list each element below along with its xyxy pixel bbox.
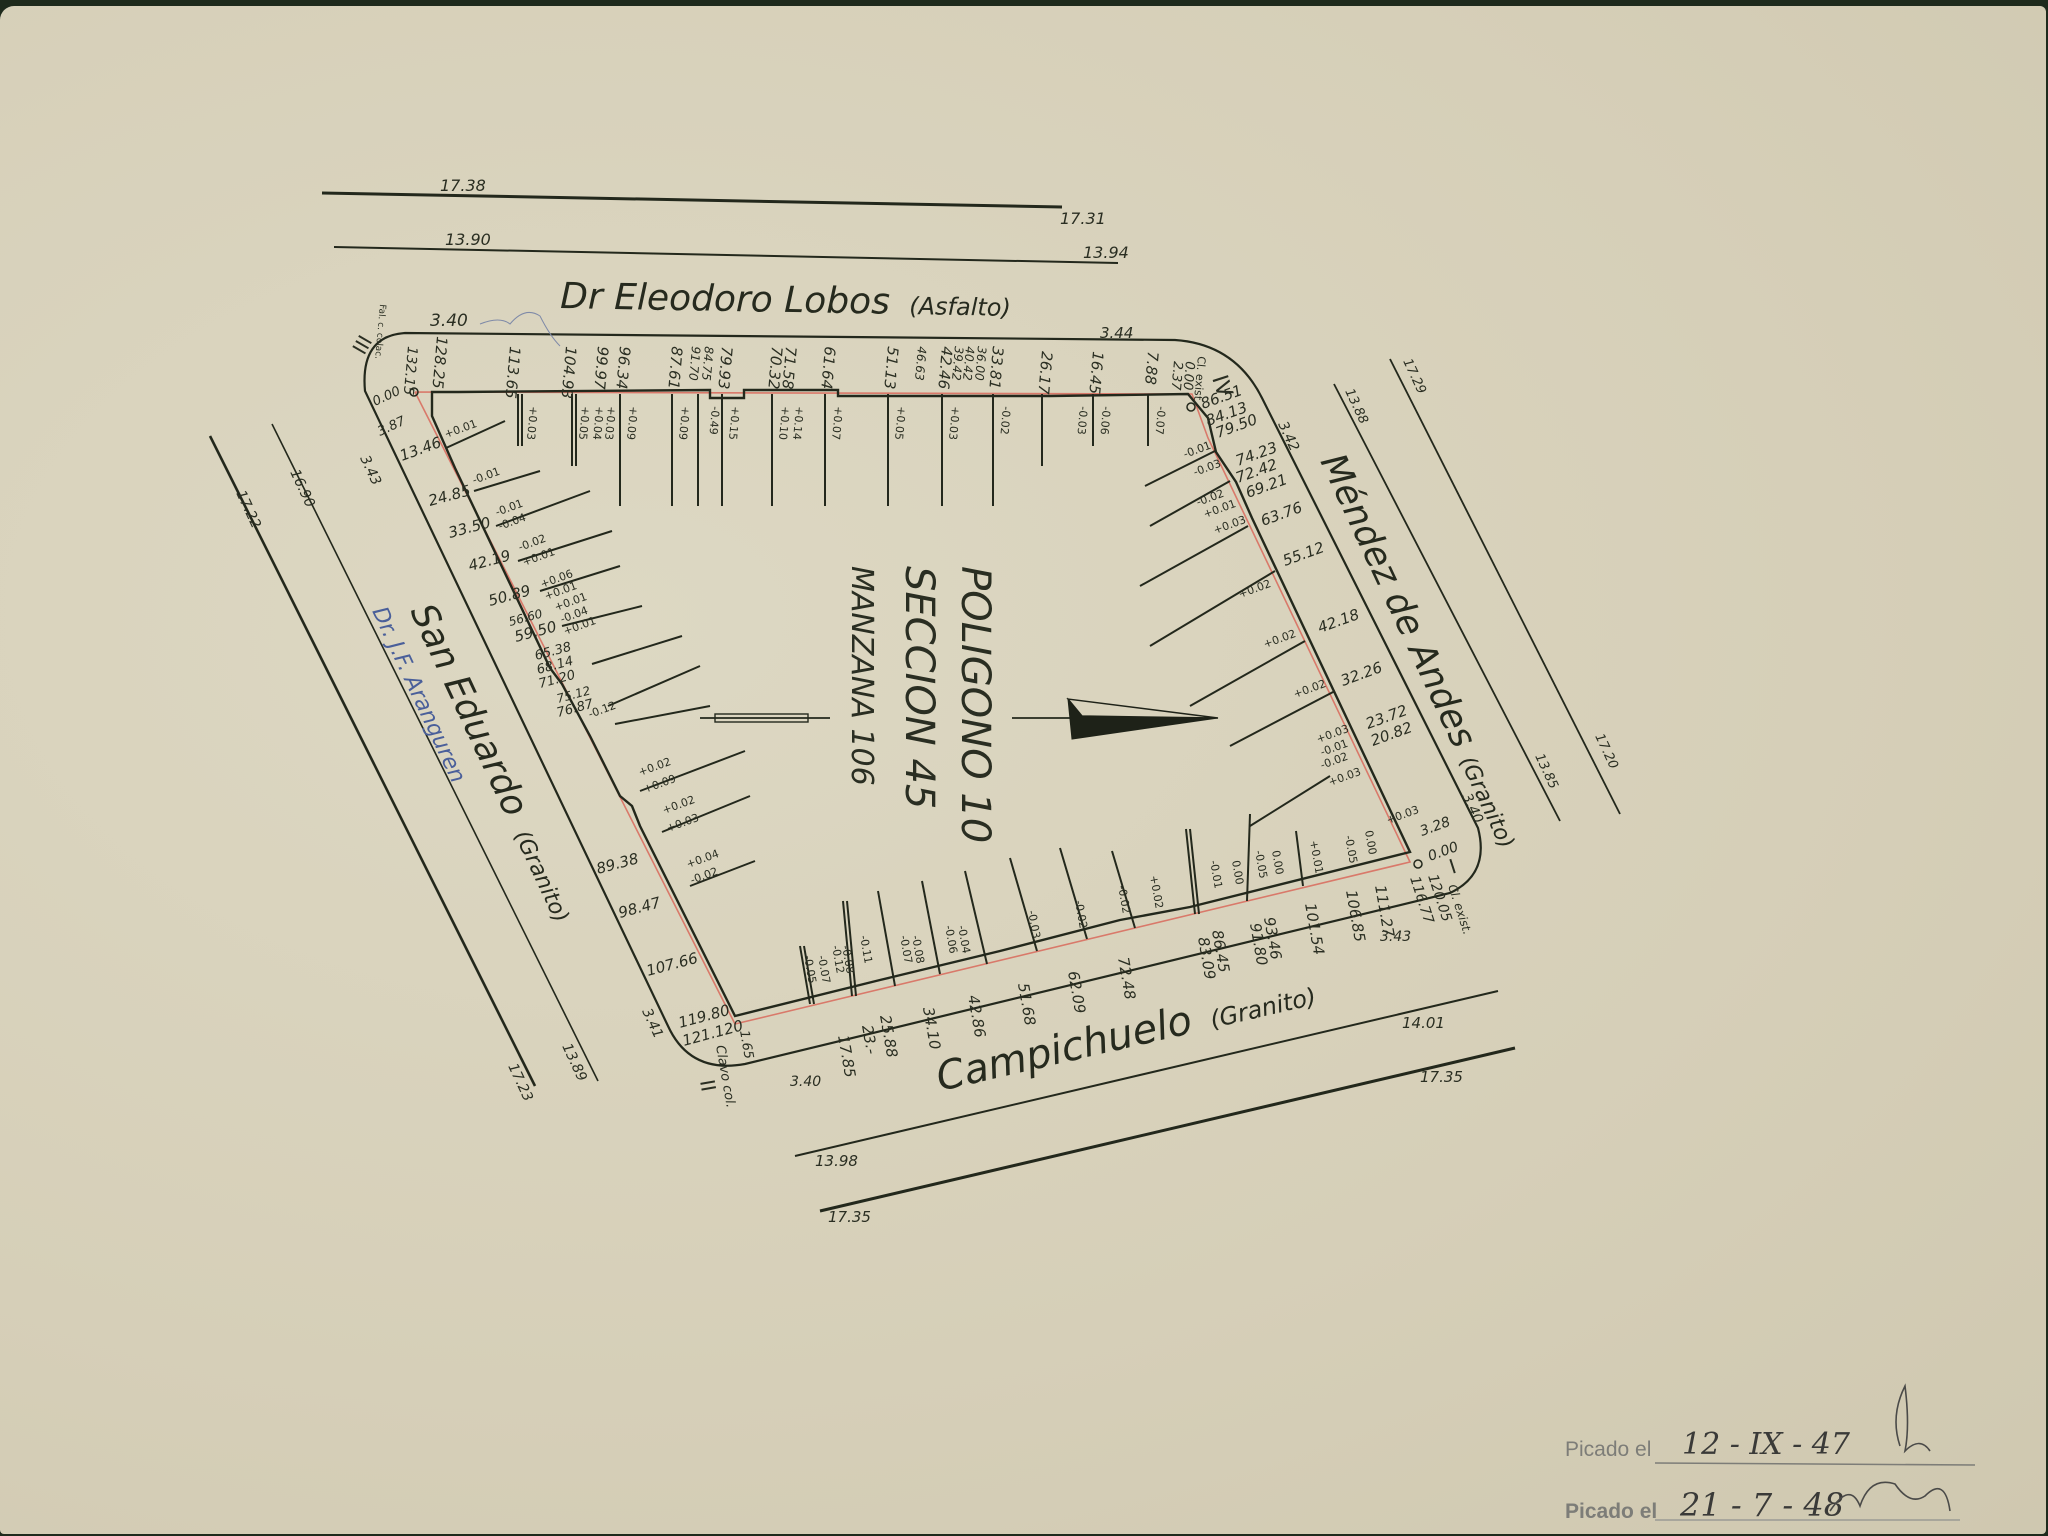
svg-text:113.65: 113.65 [501,346,524,400]
street-label-north: Dr Eleodoro Lobos (Asfalto) [560,276,1011,325]
svg-text:107.66: 107.66 [644,949,699,980]
svg-text:0.00: 0.00 [370,384,403,410]
svg-text:+0.05: +0.05 [892,406,908,441]
stamp-date-1: 12 - IX - 47 [1682,1427,1851,1462]
poligono-label: POLIGONO 10 [952,566,998,843]
svg-text:-0.02: -0.02 [1072,899,1090,929]
corner-III: III Fal. c. colac. 132.15 0.00 3.87 [348,304,420,440]
sidewalk-width: 3.44 [1100,324,1133,342]
pencil-mark [480,312,560,346]
svg-text:104.93: 104.93 [557,346,580,400]
south-side-ticks [800,814,1303,1004]
svg-text:-0.03: -0.03 [1025,909,1043,939]
map-sheet: 17.38 17.31 13.90 13.94 Dr Eleodoro Lobo… [0,6,2046,1534]
corner-II: 119.80 121.120 1.65 Clavo col. II [676,1001,755,1109]
svg-text:0.00: 0.00 [1229,859,1246,885]
svg-text:87.61: 87.61 [664,346,686,390]
west-street-lines: 17.22 17.23 16.90 13.89 [210,424,598,1104]
svg-text:16.45: 16.45 [1085,351,1107,395]
stamp-date-2: 21 - 7 - 48 [1679,1486,1844,1524]
svg-text:Dr Eleodoro Lobos (Asfal: Dr Eleodoro Lobos (Asfalto) [560,276,1011,325]
svg-text:3.87: 3.87 [375,413,408,439]
west-side-ticks [446,421,755,886]
svg-text:72.48: 72.48 [1114,956,1139,1001]
svg-text:-0.06: -0.06 [1098,406,1113,435]
svg-text:+0.01: +0.01 [443,417,479,441]
svg-text:63.76: 63.76 [1258,498,1305,530]
svg-text:34.10: 34.10 [919,1006,944,1051]
stamp-label-1: Picado el [1565,1438,1651,1461]
svg-text:0.00: 0.00 [1179,361,1196,391]
stamp-block: Picado el 12 - IX - 47 Picado el 21 - 7 … [1565,1386,1975,1524]
svg-text:-0.01: -0.01 [1207,859,1225,889]
svg-text:7.88: 7.88 [1141,351,1162,386]
svg-text:-0.49: -0.49 [707,406,722,435]
svg-text:14.01: 14.01 [1402,1014,1445,1032]
svg-text:33.50: 33.50 [446,513,492,542]
svg-text:-0.07: -0.07 [1153,406,1168,435]
svg-text:46.63: 46.63 [912,346,929,381]
level-label: 17.38 [440,176,486,195]
east-side-ticks [1140,451,1335,826]
svg-text:79.93: 79.93 [714,346,736,390]
svg-text:17.29: 17.29 [1399,356,1428,396]
block-title: POLIGONO 10 SECCION 45 MANZANA 106 [844,566,998,843]
svg-text:0.00: 0.00 [1269,849,1286,875]
svg-text:Méndez de Andes (Granito: Méndez de Andes (Granito) [1312,447,1531,853]
svg-text:+0.07: +0.07 [829,406,845,441]
north-street-lines: 17.38 17.31 13.90 13.94 [322,176,1129,263]
svg-text:+0.10: +0.10 [776,406,792,441]
svg-text:3.28: 3.28 [1418,814,1453,840]
svg-text:17.23: 17.23 [504,1061,535,1104]
level-label: 13.90 [445,230,491,249]
svg-text:Clavo col.: Clavo col. [712,1044,738,1109]
svg-text:+0.03: +0.03 [1385,803,1421,827]
svg-text:132.15: 132.15 [400,346,420,396]
sidewalk-width: 3.43 [356,453,384,488]
corner-I: 3.28 0.00 120.05 116.77 I Cl. exist. [1406,814,1474,936]
sidewalk-width: 3.42 [1274,419,1302,454]
south-side-offsets: -0.05 -0.07 -0.12 -0.08 -0.11 -0.07 -0.0… [801,803,1421,984]
svg-text:96.34: 96.34 [612,346,634,390]
svg-text:17.85: 17.85 [834,1034,859,1079]
svg-text:51.68: 51.68 [1014,982,1039,1027]
svg-text:99.97: 99.97 [590,346,612,391]
svg-text:128.25: 128.25 [428,336,451,390]
svg-text:+0.01: +0.01 [1307,839,1326,874]
svg-text:84.75: 84.75 [699,346,716,381]
svg-text:-0.02: -0.02 [998,406,1013,435]
svg-text:13.46: 13.46 [397,433,444,465]
svg-text:0.00: 0.00 [1426,839,1461,865]
svg-text:50.89: 50.89 [486,581,532,610]
svg-text:71.58: 71.58 [778,346,800,390]
svg-text:13.98: 13.98 [815,1152,858,1170]
signature-2 [1830,1482,1950,1511]
svg-text:-0.03: -0.03 [1075,406,1090,435]
svg-text:51.13: 51.13 [880,346,902,390]
svg-text:62.09: 62.09 [1064,970,1089,1015]
svg-text:106.85: 106.85 [1342,889,1369,944]
svg-text:-0.01: -0.01 [1182,439,1213,461]
svg-text:-0.02: -0.02 [1115,884,1133,914]
svg-text:89.38: 89.38 [594,849,640,878]
svg-text:Fal. c. colac.: Fal. c. colac. [372,304,387,360]
svg-text:+0.02: +0.02 [1147,874,1166,909]
svg-text:+0.02: +0.02 [1237,577,1273,601]
level-label: 17.31 [1060,209,1106,228]
signature-1 [1896,1386,1930,1451]
svg-text:32.26: 32.26 [1338,658,1385,690]
cadastral-map: 17.38 17.31 13.90 13.94 Dr Eleodoro Lobo… [0,6,2048,1536]
level-label: 13.94 [1083,243,1129,262]
svg-text:26.17: 26.17 [1034,351,1056,396]
svg-text:II: II [695,1078,721,1094]
seccion-label: SECCION 45 [896,566,942,809]
svg-text:13.85: 13.85 [1531,751,1560,791]
svg-text:17.35: 17.35 [828,1208,871,1226]
svg-text:+0.09: +0.09 [676,406,692,441]
svg-text:I: I [1446,854,1459,879]
svg-text:33.81: 33.81 [985,346,1007,390]
svg-text:17.35: 17.35 [1420,1068,1463,1086]
svg-text:17.22: 17.22 [232,488,263,531]
svg-text:16.90: 16.90 [286,467,317,510]
svg-text:61.64: 61.64 [817,346,839,390]
svg-text:24.85: 24.85 [426,481,472,510]
svg-text:+0.03: +0.03 [1327,765,1363,789]
svg-text:+0.03: +0.03 [946,406,962,441]
manzana-label: MANZANA 106 [844,566,879,786]
svg-text:42.18: 42.18 [1315,605,1362,637]
sidewalk-width: 3.40 [790,1074,821,1090]
svg-text:+0.09: +0.09 [624,406,640,441]
svg-text:-0.05: -0.05 [1342,834,1360,864]
svg-text:-0.11: -0.11 [857,934,875,964]
svg-text:98.47: 98.47 [616,893,663,922]
svg-text:1.65: 1.65 [736,1029,756,1060]
svg-text:55.12: 55.12 [1280,538,1327,570]
svg-text:+0.05: +0.05 [576,406,592,441]
stamp-label-2: Picado el [1565,1500,1657,1523]
svg-text:-0.05: -0.05 [1252,849,1270,879]
svg-text:23.-: 23.- [858,1024,881,1056]
sidewalk-width: 3.40 [430,311,468,331]
svg-text:+0.15: +0.15 [726,406,742,441]
svg-text:+0.03: +0.03 [524,406,540,441]
svg-text:0.00: 0.00 [1362,829,1379,855]
svg-text:13.89: 13.89 [558,1041,589,1084]
street-label-east: Méndez de Andes (Granito) [1312,447,1531,853]
svg-text:42.86: 42.86 [964,994,989,1039]
